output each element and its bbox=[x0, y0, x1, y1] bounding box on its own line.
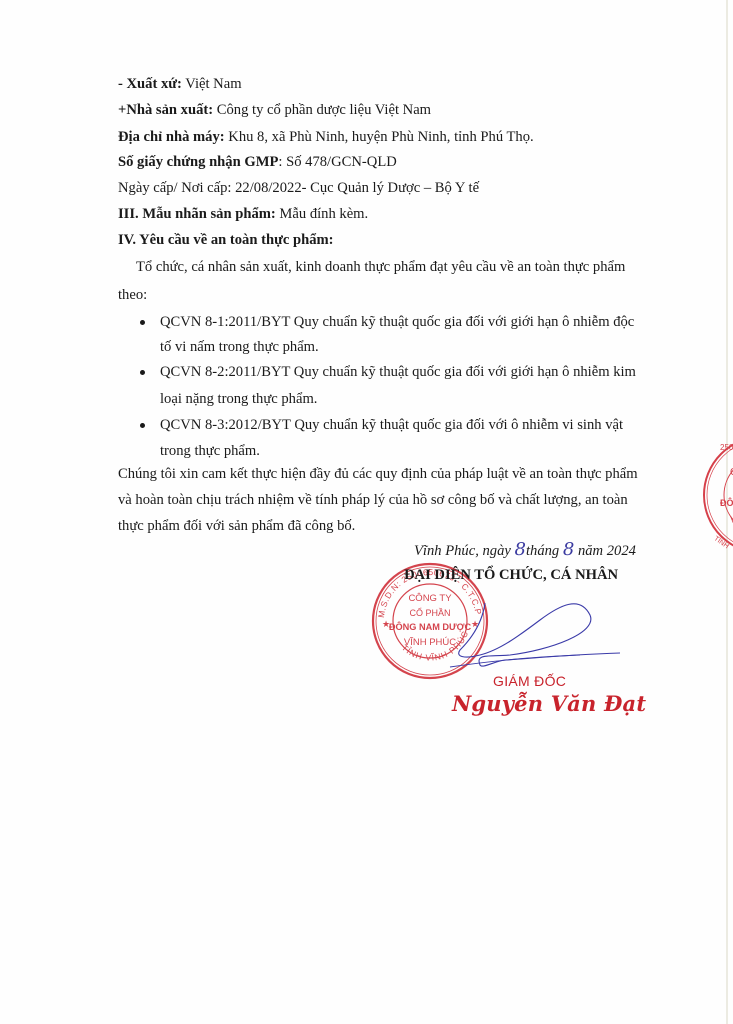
standard-3-line-2: trong thực phẩm. bbox=[160, 442, 260, 460]
factory-address-value: Khu 8, xã Phù Ninh, huyện Phù Ninh, tỉnh… bbox=[225, 129, 534, 145]
standard-2-line-2: loại nặng trong thực phẩm. bbox=[160, 390, 317, 408]
standard-1-line-1: QCVN 8-1:2011/BYT Quy chuẩn kỹ thuật quố… bbox=[160, 313, 634, 331]
date-line: Vĩnh Phúc, ngày 8tháng 8 năm 2024 bbox=[414, 541, 636, 560]
manufacturer-value: Công ty cổ phần dược liệu Việt Nam bbox=[213, 102, 431, 118]
date-year: năm 2024 bbox=[574, 543, 636, 559]
standard-3-line-1: QCVN 8-3:2012/BYT Quy chuẩn kỹ thuật quố… bbox=[160, 416, 623, 434]
director-name: Nguyễn Văn Đạt bbox=[452, 691, 646, 716]
manufacturer-line: +Nhà sản xuất: Công ty cổ phần dược liệu… bbox=[118, 101, 431, 119]
standard-1-line-2: tố vi nấm trong thực phẩm. bbox=[160, 338, 319, 356]
section-iii-value: Mẫu đính kèm. bbox=[276, 206, 368, 222]
side-stamp-text: ĐÔNG bbox=[720, 497, 733, 508]
intro-line-1: Tổ chức, cá nhân sản xuất, kinh doanh th… bbox=[136, 258, 625, 276]
representative-title: ĐẠI DIỆN TỔ CHỨC, CÁ NHÂN bbox=[404, 567, 618, 584]
standard-2-line-1: QCVN 8-2:2011/BYT Quy chuẩn kỹ thuật quố… bbox=[160, 363, 636, 381]
side-stamp-text: 250 bbox=[720, 443, 733, 452]
document-page: - Xuất xứ: Việt Nam +Nhà sản xuất: Công … bbox=[0, 0, 733, 1024]
commitment-line-2: và hoàn toàn chịu trách nhiệm về tính ph… bbox=[118, 491, 628, 509]
factory-address-line: Địa chỉ nhà máy: Khu 8, xã Phù Ninh, huy… bbox=[118, 128, 534, 146]
gmp-line: Số giấy chứng nhận GMP: Số 478/GCN-QLD bbox=[118, 153, 397, 171]
bullet-icon bbox=[140, 370, 145, 375]
origin-label: - Xuất xứ: bbox=[118, 76, 182, 92]
section-iii-heading: III. Mẫu nhãn sản phẩm: bbox=[118, 206, 276, 222]
section-iii-line: III. Mẫu nhãn sản phẩm: Mẫu đính kèm. bbox=[118, 205, 368, 223]
section-iv-line: IV. Yêu cầu về an toàn thực phẩm: bbox=[118, 231, 334, 249]
date-month-label: tháng bbox=[526, 543, 563, 559]
gmp-value: : Số 478/GCN-QLD bbox=[278, 154, 396, 170]
section-iv-heading: IV. Yêu cầu về an toàn thực phẩm: bbox=[118, 232, 334, 248]
origin-value: Việt Nam bbox=[182, 76, 242, 92]
issue-info-line: Ngày cấp/ Nơi cấp: 22/08/2022- Cục Quản … bbox=[118, 179, 479, 197]
factory-address-label: Địa chỉ nhà máy: bbox=[118, 129, 225, 145]
handwritten-signature bbox=[430, 595, 630, 675]
date-month: 8 bbox=[563, 539, 574, 560]
date-place: Vĩnh Phúc, ngày bbox=[414, 543, 515, 559]
commitment-line-3: thực phẩm đối với sản phẩm đã công bố. bbox=[118, 517, 355, 535]
side-stamp-fragment: 250 CÔ C ĐÔNG VĨ TỈNH bbox=[700, 430, 733, 560]
commitment-line-1: Chúng tôi xin cam kết thực hiện đầy đủ c… bbox=[118, 465, 638, 483]
manufacturer-label: +Nhà sản xuất: bbox=[118, 102, 213, 118]
director-position: GIÁM ĐỐC bbox=[493, 673, 566, 689]
date-day: 8 bbox=[515, 539, 526, 560]
intro-line-2: theo: bbox=[118, 286, 147, 304]
gmp-label: Số giấy chứng nhận GMP bbox=[118, 154, 278, 170]
bullet-icon bbox=[140, 320, 145, 325]
origin-line: - Xuất xứ: Việt Nam bbox=[118, 75, 242, 93]
bullet-icon bbox=[140, 423, 145, 428]
